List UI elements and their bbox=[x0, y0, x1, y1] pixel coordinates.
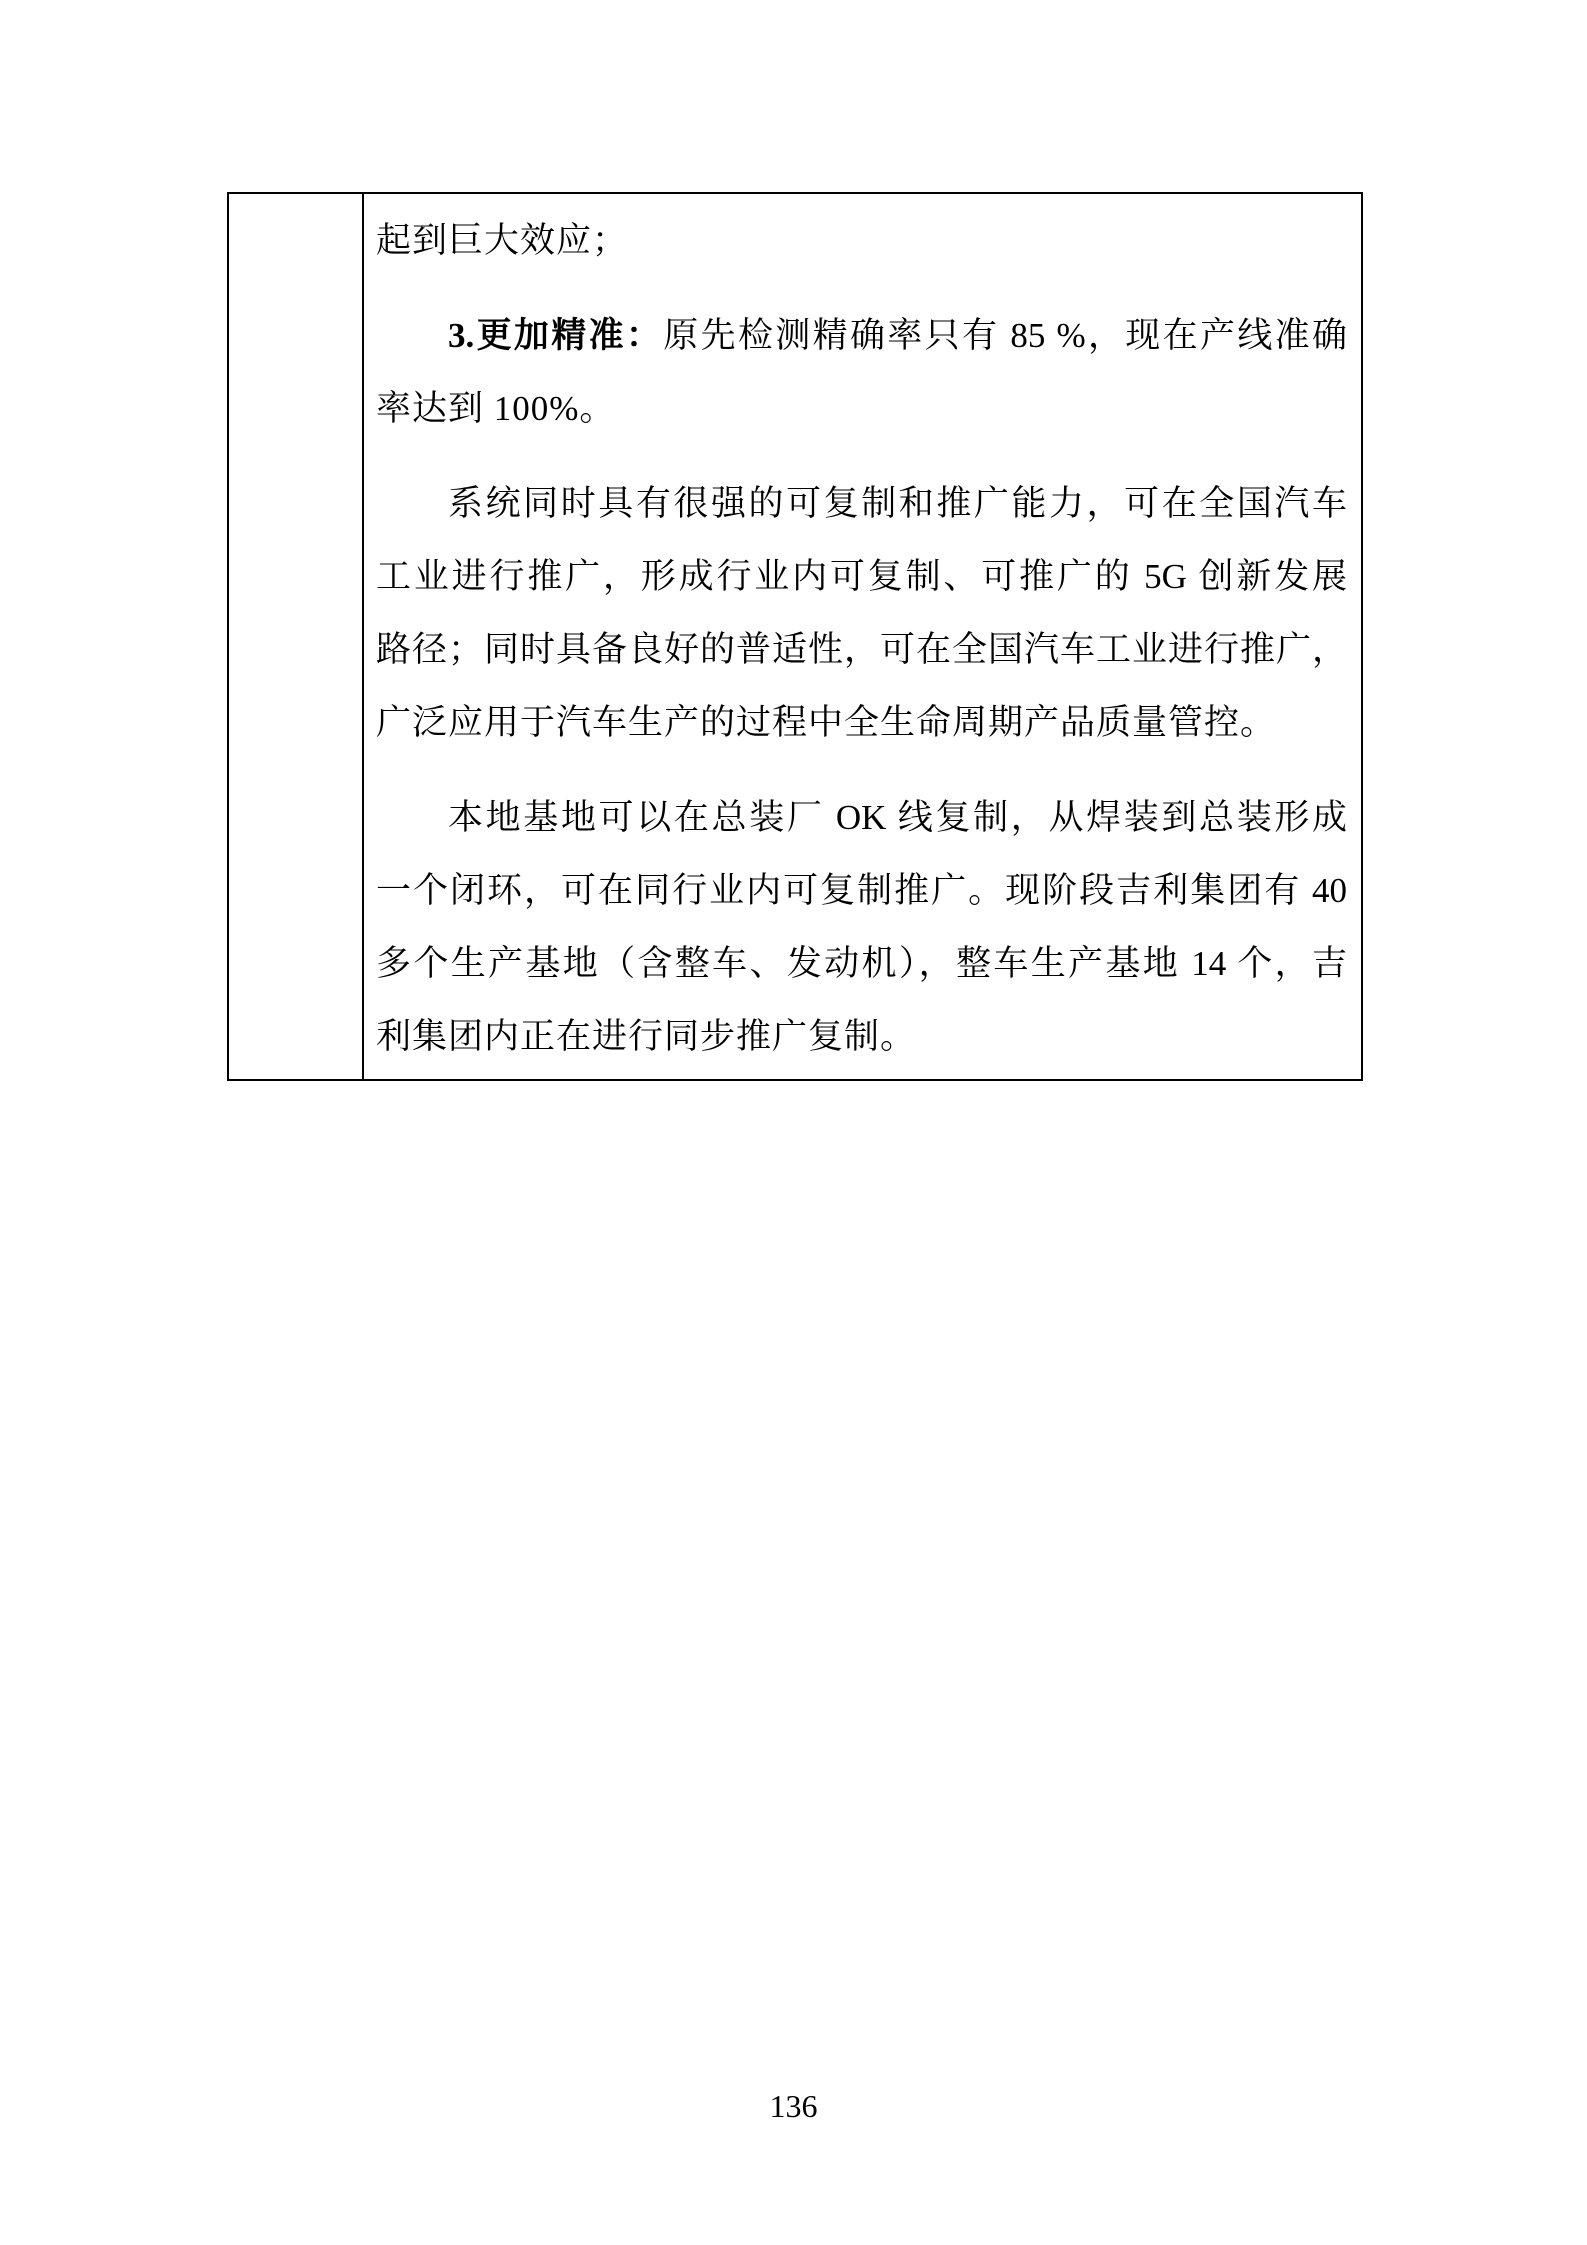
bold-run: 3.更加精准： bbox=[448, 316, 663, 355]
text-line: 广泛应用于汽车生产的过程中全生命周期产品质量管控。 bbox=[376, 686, 1347, 759]
text-line: 本地基地可以在总装厂 OK 线复制，从焊装到总装形成 bbox=[376, 781, 1347, 854]
text-line: 工业进行推广，形成行业内可复制、可推广的 5G 创新发展 bbox=[376, 540, 1347, 613]
text-line: 一个闭环，可在同行业内可复制推广。现阶段吉利集团有 40 bbox=[376, 854, 1347, 927]
text-line: 利集团内正在进行同步推广复制。 bbox=[376, 1000, 1347, 1073]
text-run: 原先检测精确率只有 85 %，现在产线准确 bbox=[663, 316, 1347, 355]
text-line: 系统同时具有很强的可复制和推广能力，可在全国汽车 bbox=[376, 467, 1347, 540]
paragraph-2: 3.更加精准：原先检测精确率只有 85 %，现在产线准确 率达到 100%。 bbox=[376, 299, 1347, 445]
paragraph-3: 系统同时具有很强的可复制和推广能力，可在全国汽车 工业进行推广，形成行业内可复制… bbox=[376, 467, 1347, 759]
text-line: 率达到 100%。 bbox=[376, 372, 1347, 445]
text-line: 多个生产基地（含整车、发动机），整车生产基地 14 个，吉 bbox=[376, 927, 1347, 1000]
paragraph-1: 起到巨大效应； bbox=[376, 204, 1347, 277]
content-table: 起到巨大效应； 3.更加精准：原先检测精确率只有 85 %，现在产线准确 率达到… bbox=[227, 192, 1363, 1081]
content-cell: 起到巨大效应； 3.更加精准：原先检测精确率只有 85 %，现在产线准确 率达到… bbox=[364, 194, 1361, 1079]
text-line: 3.更加精准：原先检测精确率只有 85 %，现在产线准确 bbox=[376, 299, 1347, 372]
paragraph-4: 本地基地可以在总装厂 OK 线复制，从焊装到总装形成 一个闭环，可在同行业内可复… bbox=[376, 781, 1347, 1073]
text-line: 起到巨大效应； bbox=[376, 204, 1347, 277]
row-label-cell bbox=[229, 194, 364, 1079]
page-number: 136 bbox=[0, 2086, 1587, 2126]
text-line: 路径；同时具备良好的普适性，可在全国汽车工业进行推广， bbox=[376, 613, 1347, 686]
